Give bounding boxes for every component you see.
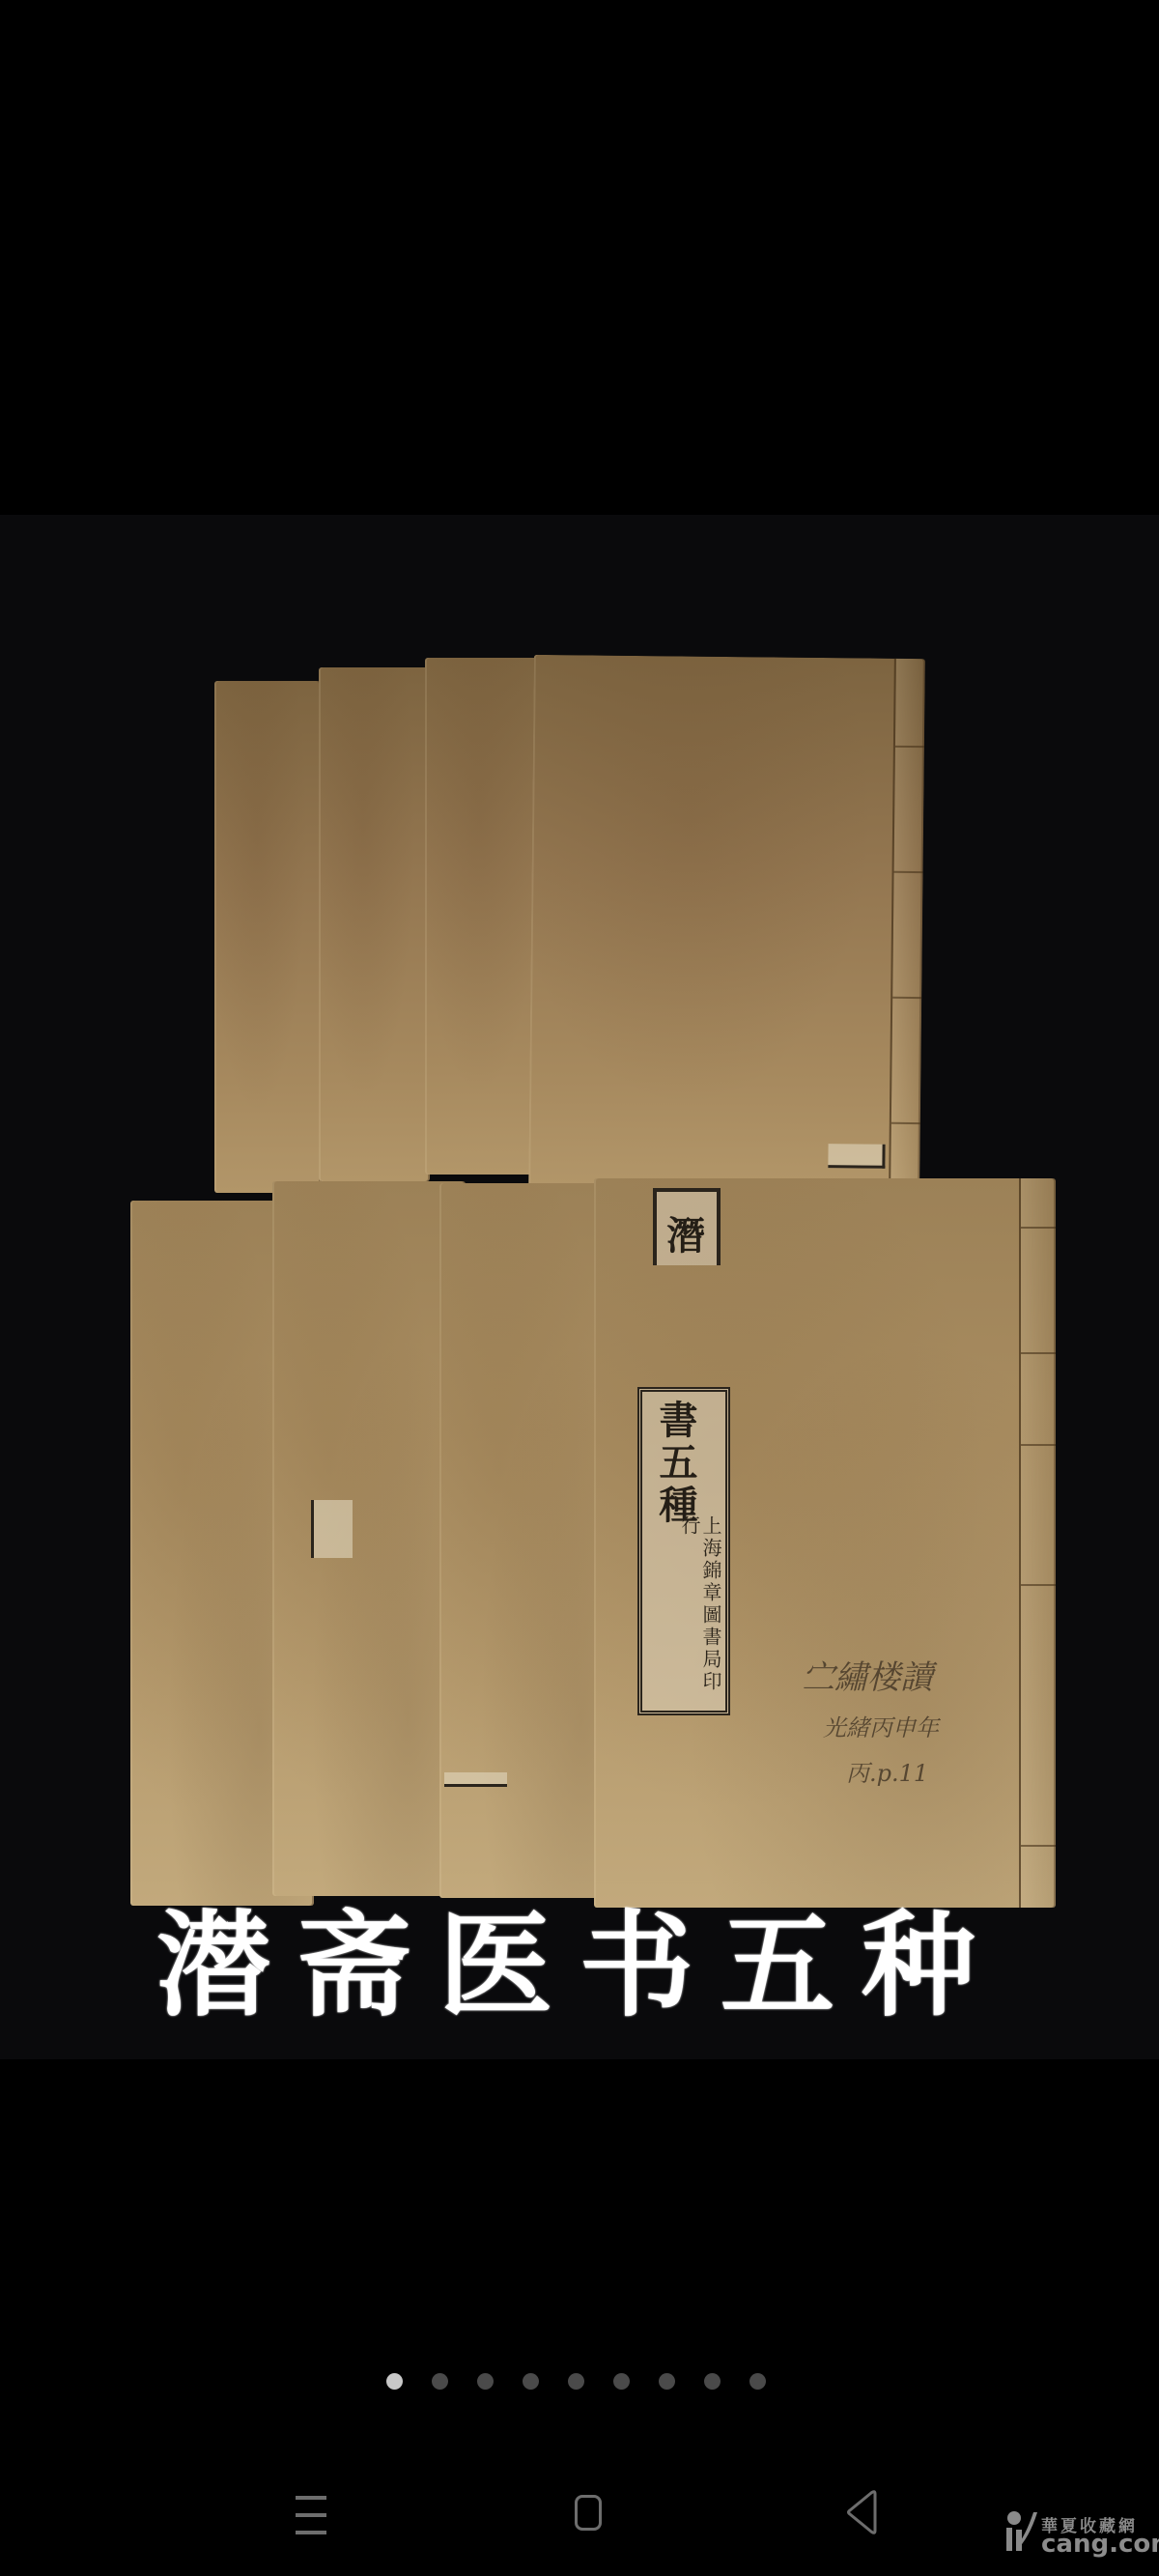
home-icon: [575, 2495, 602, 2531]
menu-button[interactable]: [282, 2482, 340, 2540]
cover-top-label: 潛: [653, 1188, 721, 1265]
cover-slip-title: 書五種: [652, 1400, 698, 1527]
watermark-en: cang.com: [1041, 2530, 1159, 2559]
cover-title-slip: 書五種 上海錦章圖書局印行: [637, 1387, 730, 1715]
menu-icon-bar: [296, 2513, 326, 2517]
system-navigation-bar: [0, 2453, 1159, 2576]
menu-icon-bar: [296, 2496, 326, 2500]
back-button[interactable]: [836, 2482, 894, 2540]
book-spine: [889, 659, 925, 1190]
small-label: [311, 1500, 353, 1558]
book-top-2: [319, 667, 430, 1181]
photo-caption: 潜斋医书五种: [0, 1898, 1159, 2033]
book-spine: [1019, 1178, 1056, 1908]
watermark: 華夏收藏網 cang.com: [1004, 2508, 1159, 2576]
book-bottom-2: [272, 1181, 466, 1896]
menu-icon-bar: [296, 2531, 326, 2534]
page-dot-5[interactable]: [568, 2373, 584, 2390]
cover-top-label-text: 潛: [666, 1205, 705, 1260]
page-dot-6[interactable]: [613, 2373, 630, 2390]
book-top-4: [528, 655, 925, 1190]
handwriting-line-2: 光緒丙申年: [823, 1709, 939, 1742]
page-dot-3[interactable]: [477, 2373, 494, 2390]
page-indicator[interactable]: [386, 2373, 766, 2391]
back-icon: [836, 2482, 894, 2540]
handwriting-line-1: 㝉繡楼讀: [802, 1651, 933, 1698]
book-top-1: [214, 681, 321, 1193]
image-viewer: 潛 書五種 上海錦章圖書局印行 㝉繡楼讀 光緒丙申年 丙.p.11 潜斋医书五种: [0, 0, 1159, 2576]
page-dot-8[interactable]: [704, 2373, 721, 2390]
page-dot-2[interactable]: [432, 2373, 448, 2390]
cover-slip-publisher: 上海錦章圖書局印行: [679, 1515, 721, 1711]
page-dot-7[interactable]: [659, 2373, 675, 2390]
handwriting-line-3: 丙.p.11: [846, 1754, 928, 1788]
corner-label: [828, 1144, 885, 1169]
small-label: [444, 1772, 507, 1787]
home-button[interactable]: [558, 2482, 616, 2540]
page-dot-4[interactable]: [523, 2373, 539, 2390]
product-photo[interactable]: 潛 書五種 上海錦章圖書局印行 㝉繡楼讀 光緒丙申年 丙.p.11 潜斋医书五种: [0, 515, 1159, 2059]
page-dot-9[interactable]: [749, 2373, 766, 2390]
page-dot-1[interactable]: [386, 2373, 403, 2390]
cang-logo-icon: [1004, 2508, 1041, 2557]
